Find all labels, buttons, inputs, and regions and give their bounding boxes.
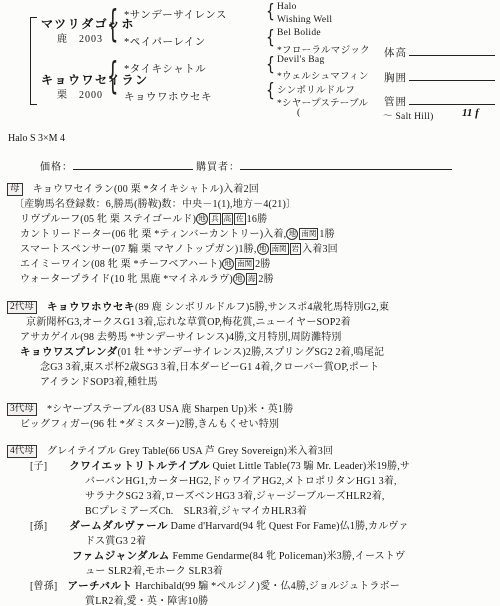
text-run: 入着3回 bbox=[302, 244, 338, 255]
text-run: 2勝 bbox=[258, 274, 273, 285]
sale-line: 価格：購買者： bbox=[40, 158, 500, 175]
text-line: [曾孫]アーチバルト Harchibald(99 騸 *ペルジノ)愛・仏4勝,ジ… bbox=[0, 579, 500, 594]
generation-label: 2代母 bbox=[7, 301, 37, 314]
text-run: リヴプルーフ(05 牝 栗 ステイゴールド) bbox=[20, 214, 196, 225]
dam-section: 母 キョウワセイラン(00 栗 *タイキシャトル)入着2回〔産駒馬名登録数：6,… bbox=[0, 182, 500, 287]
text-line: アイランドSOP3着,種牡馬 bbox=[0, 375, 500, 390]
region-mark-circle: 地 bbox=[222, 258, 234, 270]
text-run: 京新聞杯G3,オークスG1 3着,忘れな草賞OP,梅花賞,ニューイヤーSOP2着 bbox=[26, 317, 351, 328]
brace-icon: { bbox=[266, 27, 275, 46]
text-run: [孫] bbox=[30, 521, 47, 532]
girth-field: 胸囲 bbox=[384, 69, 495, 85]
brace-icon: { bbox=[266, 80, 275, 99]
second-dam-section: 2代母 キョウワホウセキ(89 鹿 シンボリルドルフ)5勝,サンスポ4歳牝馬特別… bbox=[0, 300, 500, 390]
text-run: エイミーワイン(08 牝 栗 *チーフベアハート) bbox=[20, 259, 222, 270]
generation-label: 3代母 bbox=[7, 403, 37, 416]
girth-blank-line bbox=[409, 69, 495, 81]
grandparent-name: *タイキシャトル bbox=[124, 61, 206, 76]
sire-detail: 鹿 2003 bbox=[57, 30, 103, 45]
horse-name-bold: キョウワスプレンダ bbox=[20, 346, 118, 358]
region-mark-circle: 地 bbox=[257, 243, 269, 255]
region-mark-circle: 地 bbox=[233, 273, 245, 285]
text-line: エイミーワイン(08 牝 栗 *チーフベアハート)地南関2勝 bbox=[0, 257, 500, 272]
text-line: 念G3 3着,東スポ杯2歳SG3 3着,日本ダービーG1 4着,クローバー賞OP… bbox=[0, 360, 500, 375]
text-run bbox=[37, 302, 47, 313]
text-line: 4代母 グレイテイブル Grey Table(66 USA 芦 Grey Sov… bbox=[0, 444, 500, 459]
region-mark-box: 佐 bbox=[234, 213, 246, 225]
grandparent-name: *ペイパーレイン bbox=[124, 34, 206, 49]
text-run: ドス賞G3 2着 bbox=[85, 536, 146, 547]
brace-icon: { bbox=[266, 54, 275, 73]
text-run: *シヤープステーブル(83 USA 鹿 Sharpen Up)米・英1勝 bbox=[37, 404, 294, 415]
third-dam-section: 3代母 *シヤープステーブル(83 USA 鹿 Sharpen Up)米・英1勝… bbox=[0, 402, 500, 432]
text-line: ュー SLR2着,モホーク SLR3着 bbox=[0, 564, 500, 579]
great-grandparent-name: *フローラルマジック bbox=[277, 42, 370, 56]
region-mark-box: 南関 bbox=[299, 228, 318, 240]
catalog-page: マツリダゴッホ 鹿 2003 キョウワセイラン 栗 2000 { { *サンデー… bbox=[0, 0, 500, 606]
text-run: ビッグフィガー(96 牡 *ダミスター)2勝,きんもくせい特別 bbox=[20, 419, 279, 430]
brace-icon: { bbox=[107, 57, 118, 94]
horse-name-bold: キョウワホウセキ bbox=[47, 301, 135, 313]
text-run: [曾孫] bbox=[30, 581, 57, 592]
text-line: カントリードーター(06 牝 栗 *ティンバーカントリー)入着,地南関1勝 bbox=[0, 227, 500, 242]
text-line: 3代母 *シヤープステーブル(83 USA 鹿 Sharpen Up)米・英1勝 bbox=[0, 402, 500, 417]
horse-name-bold: クワイエットリトルテイブル bbox=[69, 460, 210, 472]
pedigree-outer-bracket bbox=[30, 17, 37, 105]
region-mark-circle: 地 bbox=[286, 228, 298, 240]
text-run: 〔産駒馬名登録数：6,勝馬(勝鞍)数：中央－1(1),地方－4(21)〕 bbox=[14, 199, 296, 210]
text-line: スマートスペンサー(07 騸 栗 マヤノトップガン)1勝,地南関岩入着3回 bbox=[0, 242, 500, 257]
text-line: ビッグフィガー(96 牡 *ダミスター)2勝,きんもくせい特別 bbox=[0, 417, 500, 432]
text-run: サラナクSG2 3着,ローズベンHG3 3着,ジャージーブルーズHLR2着, bbox=[85, 491, 385, 502]
height-blank-line bbox=[409, 44, 495, 56]
text-line: [子]クワイエットリトルテイブル Quiet Little Table(73 騸… bbox=[0, 459, 500, 474]
text-run: [子] bbox=[30, 461, 47, 472]
text-line: ファムジャンダルム Femme Gendarme(84 牝 Policeman)… bbox=[0, 549, 500, 564]
grandparent-name: キョウワホウセキ bbox=[124, 89, 212, 104]
region-mark-box: 南関 bbox=[270, 243, 289, 255]
dam-detail: 栗 2000 bbox=[57, 86, 103, 101]
text-line: リヴプルーフ(05 牝 栗 ステイゴールド)地兵高佐16勝 bbox=[0, 212, 500, 227]
great-grandparent-name: Devil's Bag bbox=[277, 55, 325, 65]
text-line: ドス賞G3 2着 bbox=[0, 534, 500, 549]
text-line: バーバンHG1,カーターHG2,ドゥワイアHG2,メトロポリタンHG1 3着, bbox=[0, 474, 500, 489]
horse-name-bold: ダームダルヴァール bbox=[69, 520, 168, 532]
great-grandparent-name: *シヤープステーブル bbox=[277, 95, 368, 109]
fourth-dam-section: 4代母 グレイテイブル Grey Table(66 USA 芦 Grey Sov… bbox=[0, 444, 500, 606]
region-mark-box: 高 bbox=[222, 213, 234, 225]
text-run: キョウワセイラン(00 栗 *タイキシャトル)入着2回 bbox=[23, 184, 259, 195]
horse-name-bold: アーチバルト bbox=[67, 580, 132, 592]
region-mark-box: 海 bbox=[246, 273, 258, 285]
text-run: 念G3 3着,東スポ杯2歳SG3 3着,日本ダービーG1 4着,クローバー賞OP… bbox=[40, 362, 379, 373]
pedigree-table: マツリダゴッホ 鹿 2003 キョウワセイラン 栗 2000 { { *サンデー… bbox=[0, 0, 500, 125]
text-run: 16勝 bbox=[247, 214, 268, 225]
height-field: 体高 bbox=[384, 44, 495, 60]
text-run: BCプレミアーズCh. SLR3着,ジャマイカHLR3着 bbox=[85, 506, 307, 517]
text-run: 1勝 bbox=[319, 229, 334, 240]
text-line: 2代母 キョウワホウセキ(89 鹿 シンボリルドルフ)5勝,サンスポ4歳牝馬特別… bbox=[0, 300, 500, 315]
text-run: 2勝 bbox=[255, 259, 270, 270]
cannon-blank-line bbox=[409, 93, 495, 105]
text-line: サラナクSG2 3着,ローズベンHG3 3着,ジャージーブルーズHLR2着, bbox=[0, 489, 500, 504]
buyer-blank-field bbox=[240, 158, 452, 170]
brace-icon: { bbox=[266, 1, 275, 20]
text-run: Harchibald(99 騸 *ペルジノ)愛・仏4勝,ジョルジュトラボー bbox=[133, 581, 400, 592]
buyer-label: 購買者： bbox=[196, 162, 240, 173]
great-grandparent-name: *ウェルシュマフィン bbox=[277, 68, 369, 82]
text-line: BCプレミアーズCh. SLR3着,ジャマイカHLR3着 bbox=[0, 504, 500, 519]
text-run: (89 鹿 シンボリルドルフ)5勝,サンスポ4歳牝馬特別G2,東 bbox=[135, 302, 389, 313]
text-line: ウォータープライド(10 牝 黒鹿 *マイネルラヴ)地海2勝 bbox=[0, 272, 500, 287]
grandparent-name: *サンデーサイレンス bbox=[124, 7, 227, 22]
text-run: ウォータープライド(10 牝 黒鹿 *マイネルラヴ) bbox=[20, 274, 233, 285]
text-run: Femme Gendarme(84 牝 Policeman)米3勝,イーストヴ bbox=[170, 551, 406, 562]
text-line: [孫]ダームダルヴァール Dame d'Harvard(94 牝 Quest F… bbox=[0, 519, 500, 534]
region-mark-box: 兵 bbox=[209, 213, 221, 225]
region-mark-box: 岩 bbox=[290, 243, 302, 255]
great-grandparent-name: Wishing Well bbox=[277, 15, 332, 25]
text-run: カントリードーター(06 牝 栗 *ティンバーカントリー)入着, bbox=[20, 229, 286, 240]
text-line: キョウワスプレンダ(01 牡 *サンデーサイレンス)2勝,スプリングSG2 2着… bbox=[0, 345, 500, 360]
great-grandparent-name: Bel Bolide bbox=[277, 28, 321, 38]
region-mark-circle: 地 bbox=[196, 213, 208, 225]
text-run: 賞LR2着,愛・英・障害10勝 bbox=[85, 596, 208, 606]
generation-label: 4代母 bbox=[7, 445, 37, 458]
inbreeding-note: Halo S 3×M 4 bbox=[8, 131, 500, 146]
generation-label: 母 bbox=[7, 183, 23, 196]
girth-label: 胸囲 bbox=[384, 73, 407, 84]
text-run: バーバンHG1,カーターHG2,ドゥワイアHG2,メトロポリタンHG1 3着, bbox=[85, 476, 397, 487]
region-mark-box: 南関 bbox=[235, 258, 254, 270]
text-line: 母 キョウワセイラン(00 栗 *タイキシャトル)入着2回 bbox=[0, 182, 500, 197]
text-run: スマートスペンサー(07 騸 栗 マヤノトップガン)1勝, bbox=[20, 244, 257, 255]
family-number: 11 f bbox=[462, 107, 479, 119]
brace-icon: { bbox=[107, 5, 118, 42]
text-run: グレイテイブル Grey Table(66 USA 芦 Grey Soverei… bbox=[37, 446, 333, 457]
text-run: (01 牡 *サンデーサイレンス)2勝,スプリングSG2 2着,鳴尾記 bbox=[118, 347, 385, 358]
text-line: 京新聞杯G3,オークスG1 3着,忘れな草賞OP,梅花賞,ニューイヤーSOP2着 bbox=[0, 315, 500, 330]
text-line: 〔産駒馬名登録数：6,勝馬(勝鞍)数：中央－1(1),地方－4(21)〕 bbox=[0, 197, 500, 212]
horse-name-bold: ファムジャンダルム bbox=[72, 550, 170, 562]
text-run: アサカゲイル(98 去勢馬 *サンデーサイレンス)4勝,文月特別,周防灘特別 bbox=[20, 332, 342, 343]
text-line: アサカゲイル(98 去勢馬 *サンデーサイレンス)4勝,文月特別,周防灘特別 bbox=[0, 330, 500, 345]
family-open-paren: ( bbox=[297, 108, 300, 118]
text-run: Quiet Little Table(73 騸 Mr. Leader)米19勝,… bbox=[210, 461, 410, 472]
text-line: 賞LR2着,愛・英・障害10勝 bbox=[0, 594, 500, 606]
cannon-label: 管囲 bbox=[384, 97, 407, 108]
price-blank-field bbox=[73, 158, 193, 170]
text-run: アイランドSOP3着,種牡馬 bbox=[40, 377, 158, 388]
text-run: Dame d'Harvard(94 牝 Quest For Fame)仏1勝,カ… bbox=[168, 521, 409, 532]
great-grandparent-name: シンボリルドルフ bbox=[277, 82, 355, 96]
price-label: 価格： bbox=[40, 162, 73, 173]
height-label: 体高 bbox=[384, 48, 407, 59]
great-grandparent-name: Halo bbox=[277, 2, 297, 12]
text-run: ュー SLR2着,モホーク SLR3着 bbox=[85, 566, 223, 577]
family-tail: ～ Salt Hill) bbox=[383, 108, 434, 122]
